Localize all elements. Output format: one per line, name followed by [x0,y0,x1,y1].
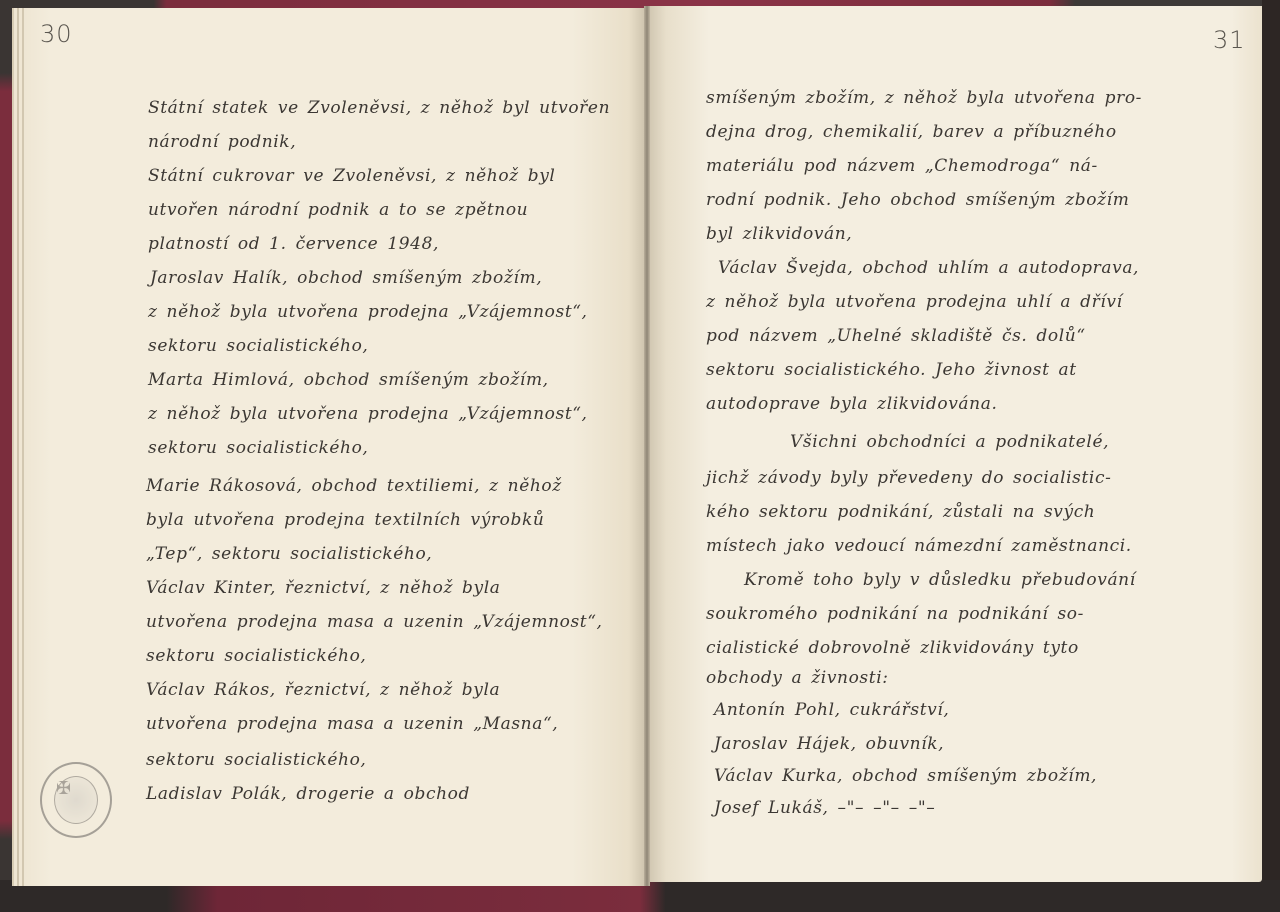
text-line: sektoru socialistického, [146,646,366,666]
book-gutter [644,6,650,886]
official-stamp: ✠ [40,762,112,838]
text-line: Jaroslav Halík, obchod smíšeným zbožím, [150,268,542,288]
text-line: Václav Kurka, obchod smíšeným zbožím, [714,766,1097,786]
text-line: byla utvořena prodejna textilních výrobk… [146,510,544,530]
text-line: Václav Rákos, řeznictví, z něhož byla [146,680,500,700]
text-line: sektoru socialistického, [146,750,366,770]
text-line: obchody a živnosti: [706,668,889,688]
page-number-left: 30 [40,20,73,48]
text-line: Všichni obchodníci a podnikatelé, [790,432,1109,452]
text-line: Marie Rákosová, obchod textiliemi, z něh… [146,476,562,496]
text-line: kého sektoru podnikání, zůstali na svých [706,502,1095,522]
text-line: Kromě toho byly v důsledku přebudování [744,570,1136,590]
text-line: Václav Švejda, obchod uhlím a autodoprav… [718,258,1139,278]
text-line: sektoru socialistického. Jeho živnost at [706,360,1077,380]
text-line: byl zlikvidován, [706,224,852,244]
text-line: rodní podnik. Jeho obchod smíšeným zboží… [706,190,1129,210]
text-line: národní podnik, [148,132,296,152]
text-line: pod názvem „Uhelné skladiště čs. dolů“ [706,326,1086,346]
text-line: z něhož byla utvořena prodejna uhlí a dř… [706,292,1123,312]
text-line: Jaroslav Hájek, obuvník, [714,734,944,754]
text-line: „Tep“, sektoru socialistického, [146,544,432,564]
text-line: Marta Himlová, obchod smíšeným zbožím, [148,370,549,390]
book-cover-right-edge [1262,0,1280,912]
text-line: Antonín Pohl, cukrářství, [714,700,949,720]
text-line: autodoprave byla zlikvidována. [706,394,997,414]
text-line: materiálu pod názvem „Chemodroga“ ná- [706,156,1098,176]
text-line: z něhož byla utvořena prodejna „Vzájemno… [148,404,588,424]
text-line: utvořen národní podnik a to se zpětnou [148,200,528,220]
text-line: jichž závody byly převedeny do socialist… [706,468,1111,488]
text-line: Ladislav Polák, drogerie a obchod [146,784,470,804]
text-line: cialistické dobrovolně zlikvidovány tyto [706,638,1079,658]
text-line: Josef Lukáš, –"– –"– –"– [714,798,935,818]
text-line: z něhož byla utvořena prodejna „Vzájemno… [148,302,588,322]
text-line: utvořena prodejna masa a uzenin „Masna“, [146,714,558,734]
page-number-right: 31 [1213,26,1246,54]
text-line: platností od 1. července 1948, [148,234,439,254]
state-emblem-icon: ✠ [56,778,71,799]
text-line: sektoru socialistického, [148,336,368,356]
text-line: sektoru socialistického, [148,438,368,458]
text-line: utvořena prodejna masa a uzenin „Vzájemn… [146,612,603,632]
text-line: místech jako vedoucí námezdní zaměstnanc… [706,536,1132,556]
text-line: Václav Kinter, řeznictví, z něhož byla [146,578,501,598]
text-line: smíšeným zbožím, z něhož byla utvořena p… [706,88,1142,108]
text-line: dejna drog, chemikalií, barev a příbuzné… [706,122,1117,142]
text-line: Státní cukrovar ve Zvoleněvsi, z něhož b… [148,166,555,186]
text-line: soukromého podnikání na podnikání so- [706,604,1084,624]
text-line: Státní statek ve Zvoleněvsi, z něhož byl… [148,98,610,118]
book-cover-left-edge [0,0,12,912]
